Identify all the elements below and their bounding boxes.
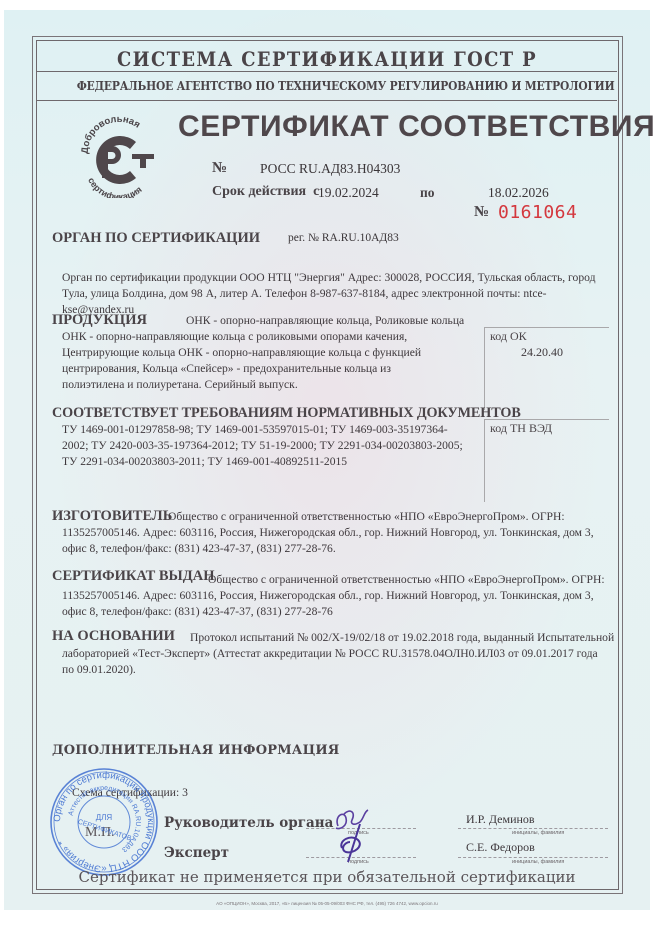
- manufacturer-first-line: Общество с ограниченной ответственностью…: [168, 509, 565, 525]
- certification-body-heading: ОРГАН ПО СЕРТИФИКАЦИИ: [52, 230, 260, 247]
- additional-info-heading: ДОПОЛНИТЕЛЬНАЯ ИНФОРМАЦИЯ: [52, 743, 340, 758]
- products-heading: ПРОДУКЦИЯ: [52, 312, 147, 329]
- head-of-body-name: И.Р. Деминов: [466, 812, 535, 827]
- manufacturer-heading: ИЗГОТОВИТЕЛЬ: [52, 508, 172, 525]
- issued-to-first-line: Общество с ограниченной ответственностью…: [208, 572, 605, 588]
- valid-to-date: 18.02.2026: [488, 185, 549, 201]
- manufacturer-details: 1135257005146. Адрес: 603116, Россия, Ни…: [62, 525, 610, 557]
- tn-ved-code-label: код ТН ВЭД: [490, 421, 552, 436]
- svg-text:ДЛЯ: ДЛЯ: [96, 813, 113, 822]
- certificate-title: СЕРТИФИКАТ СООТВЕТСТВИЯ: [178, 110, 655, 144]
- tn-ved-code-box: код ТН ВЭД: [484, 419, 609, 502]
- svg-text:СЕРТИФИКАТОВ: СЕРТИФИКАТОВ: [77, 819, 133, 843]
- accreditation-reg-number: рег. № RA.RU.10АД83: [288, 232, 399, 244]
- number-sign: №: [212, 160, 227, 177]
- certification-body-details: Орган по сертификации продукции ООО НТЦ …: [62, 270, 602, 318]
- header-divider: [37, 100, 617, 101]
- ok-code-label: код ОК: [490, 329, 527, 344]
- round-seal-stamp-icon: Орган по сертификации продукции ООО НТЦ …: [48, 766, 160, 878]
- issued-to-details: 1135257005146. Адрес: 603116, Россия, Ни…: [62, 588, 610, 620]
- system-title: СИСТЕМА СЕРТИФИКАЦИИ ГОСТ Р: [59, 48, 594, 71]
- header-divider: [37, 71, 617, 72]
- basis-heading: НА ОСНОВАНИИ: [52, 628, 175, 645]
- expert-name-caption: инициалы, фамилия: [512, 859, 564, 865]
- valid-to-label: по: [420, 185, 435, 201]
- ok-code-value: 24.20.40: [521, 345, 563, 360]
- expert-label: Эксперт: [164, 845, 229, 861]
- validity-label: Срок действия с: [212, 184, 319, 200]
- blank-number-sign: №: [474, 204, 489, 221]
- handwritten-signature-icon: [330, 806, 380, 866]
- standards-heading: СООТВЕТСТВУЕТ ТРЕБОВАНИЯМ НОРМАТИВНЫХ ДО…: [52, 405, 521, 422]
- basis-details: лабораторией «Тест-Эксперт» (Аттестат ак…: [62, 646, 607, 678]
- rst-logo-icon: Добровольная сертификация: [78, 116, 160, 198]
- basis-first-line: Протокол испытаний № 002/Х-19/02/18 от 1…: [190, 630, 614, 646]
- blank-serial-number: 0161064: [498, 202, 577, 223]
- products-first-line: ОНК - опорно-направляющие кольца, Ролико…: [186, 313, 464, 329]
- voluntary-certification-note: Сертификат не применяется при обязательн…: [36, 868, 618, 886]
- products-description: ОНК - опорно-направляющие кольца с ролик…: [62, 329, 452, 393]
- ok-code-box: код ОК 24.20.40: [484, 327, 609, 410]
- issued-to-heading: СЕРТИФИКАТ ВЫДАН: [52, 568, 215, 585]
- head-name-caption: инициалы, фамилия: [512, 830, 564, 836]
- expert-name: С.Е. Федоров: [466, 840, 535, 855]
- printer-imprint: АО «ОПЦИОН», Москва, 2017, «Б» лицензия …: [4, 901, 650, 906]
- certificate-number: РОСС RU.АД83.Н04303: [260, 161, 400, 177]
- head-name-line: [458, 828, 608, 829]
- standards-list: ТУ 1469-001-01297858-98; ТУ 1469-001-535…: [62, 422, 470, 470]
- agency-name: ФЕДЕРАЛЬНОЕ АГЕНТСТВО ПО ТЕХНИЧЕСКОМУ РЕ…: [77, 78, 578, 93]
- valid-from-date: 19.02.2024: [318, 185, 379, 201]
- expert-name-line: [458, 857, 608, 858]
